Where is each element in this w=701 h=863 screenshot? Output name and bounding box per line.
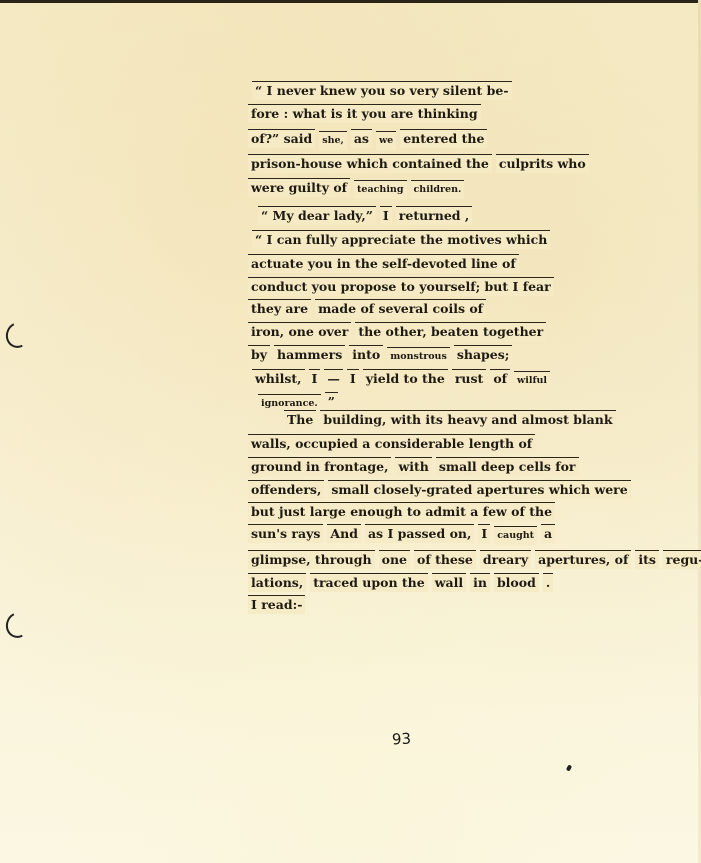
- text-strip: yield to the: [363, 369, 448, 388]
- text-strip: they are: [248, 299, 311, 318]
- text-strip: “ I can fully appreciate the motives whi…: [252, 230, 550, 249]
- text-strip: returned ,: [396, 206, 472, 225]
- text-strip: one: [379, 550, 410, 569]
- text-strip: entered the: [400, 129, 487, 148]
- text-line: of?” saidshe,asweentered the: [248, 128, 491, 150]
- text-strip: iron, one over: [248, 322, 351, 341]
- text-line: were guilty ofteachingchildren.: [248, 177, 468, 199]
- text-line: fore : what is it you are thinking: [248, 103, 485, 125]
- scanned-page: “ I never knew you so very silent be-for…: [0, 0, 701, 863]
- text-strip: with: [395, 457, 431, 476]
- text-line: glimpse, throughoneof thesedrearyapertur…: [248, 549, 701, 571]
- text-strip: but just large enough to admit a few of …: [248, 502, 555, 521]
- punch-hole-icon: [2, 609, 33, 642]
- text-strip: building, with its heavy and almost blan…: [320, 410, 615, 429]
- text-strip: small deep cells for: [436, 457, 579, 476]
- text-strip: actuate you in the self-devoted line of: [248, 254, 519, 273]
- text-strip: the other, beaten together: [355, 322, 546, 341]
- text-strip: hammers: [274, 345, 345, 364]
- text-strip: whilst,: [252, 369, 305, 388]
- text-strip: conduct you propose to yourself; but I f…: [248, 277, 554, 296]
- text-line: Thebuilding, with its heavy and almost b…: [284, 409, 620, 431]
- text-strip: sun's rays: [248, 524, 323, 543]
- text-strip: And: [327, 524, 361, 543]
- text-strip: culprits who: [496, 154, 589, 173]
- text-strip: blood: [494, 573, 539, 592]
- text-strip: I: [347, 369, 359, 388]
- ink-speck: [566, 764, 572, 771]
- text-strip: prison-house which contained the: [248, 154, 492, 173]
- text-strip: .: [543, 573, 553, 592]
- text-strip: ground in frontage,: [248, 457, 391, 476]
- text-strip: she,: [319, 131, 347, 150]
- text-strip: its: [635, 550, 659, 569]
- text-line: walls, occupied a considerable length of: [248, 433, 539, 455]
- text-strip: caught: [494, 526, 537, 545]
- text-strip: regu-: [663, 550, 701, 569]
- text-strip: teaching: [354, 180, 406, 199]
- text-strip: apertures, of: [535, 550, 631, 569]
- page-number: 93: [392, 730, 412, 749]
- text-strip: in: [470, 573, 490, 592]
- text-strip: of?” said: [248, 129, 315, 148]
- text-strip: as: [351, 129, 372, 148]
- page-top-edge: [0, 0, 701, 3]
- text-strip: of these: [414, 550, 476, 569]
- text-strip: The: [284, 410, 316, 429]
- text-strip: into: [349, 345, 383, 364]
- text-strip: I: [309, 369, 321, 388]
- text-strip: fore : what is it you are thinking: [248, 104, 481, 123]
- text-line: I read:-: [248, 594, 309, 616]
- text-strip: walls, occupied a considerable length of: [248, 434, 535, 453]
- text-line: whilst,I—Iyield to therustofwilful: [252, 368, 554, 390]
- text-strip: —: [324, 369, 343, 388]
- text-strip: of: [490, 369, 510, 388]
- text-line: prison-house which contained theculprits…: [248, 153, 593, 175]
- text-line: conduct you propose to yourself; but I f…: [248, 276, 558, 298]
- text-strip: we: [376, 131, 396, 150]
- text-strip: dreary: [480, 550, 531, 569]
- text-strip: I: [478, 524, 490, 543]
- text-strip: lations,: [248, 573, 306, 592]
- text-line: offenders,small closely-grated apertures…: [248, 479, 635, 501]
- text-strip: small closely-grated apertures which wer…: [328, 480, 630, 499]
- text-strip: wilful: [514, 371, 550, 390]
- text-strip: traced upon the: [310, 573, 428, 592]
- text-line: but just large enough to admit a few of …: [248, 501, 559, 523]
- text-strip: “ I never knew you so very silent be-: [252, 81, 512, 100]
- text-strip: glimpse, through: [248, 550, 375, 569]
- text-line: “ I can fully appreciate the motives whi…: [252, 229, 554, 251]
- text-line: they aremade of several coils of: [248, 298, 490, 320]
- text-strip: shapes;: [454, 345, 513, 364]
- text-strip: I read:-: [248, 595, 305, 614]
- text-line: sun's raysAndas I passed on,Icaughta: [248, 523, 559, 545]
- text-strip: by: [248, 345, 270, 364]
- text-strip: were guilty of: [248, 178, 350, 197]
- text-line: byhammersintomonstrousshapes;: [248, 344, 516, 366]
- text-strip: a: [541, 524, 555, 543]
- text-strip: I: [380, 206, 392, 225]
- punch-hole-icon: [2, 319, 33, 352]
- text-strip: rust: [452, 369, 487, 388]
- text-strip: wall: [432, 573, 466, 592]
- text-strip: children.: [411, 180, 465, 199]
- text-line: actuate you in the self-devoted line of: [248, 253, 523, 275]
- text-strip: “ My dear lady,”: [258, 206, 376, 225]
- text-line: “ I never knew you so very silent be-: [252, 80, 516, 102]
- text-strip: made of several coils of: [315, 299, 486, 318]
- text-line: “ My dear lady,”Ireturned ,: [258, 205, 476, 227]
- text-line: ground in frontage,withsmall deep cells …: [248, 456, 583, 478]
- text-strip: as I passed on,: [365, 524, 474, 543]
- text-strip: offenders,: [248, 480, 324, 499]
- text-line: iron, one overthe other, beaten together: [248, 321, 550, 343]
- text-line: lations,traced upon thewallinblood.: [248, 572, 557, 594]
- text-strip: monstrous: [387, 347, 450, 366]
